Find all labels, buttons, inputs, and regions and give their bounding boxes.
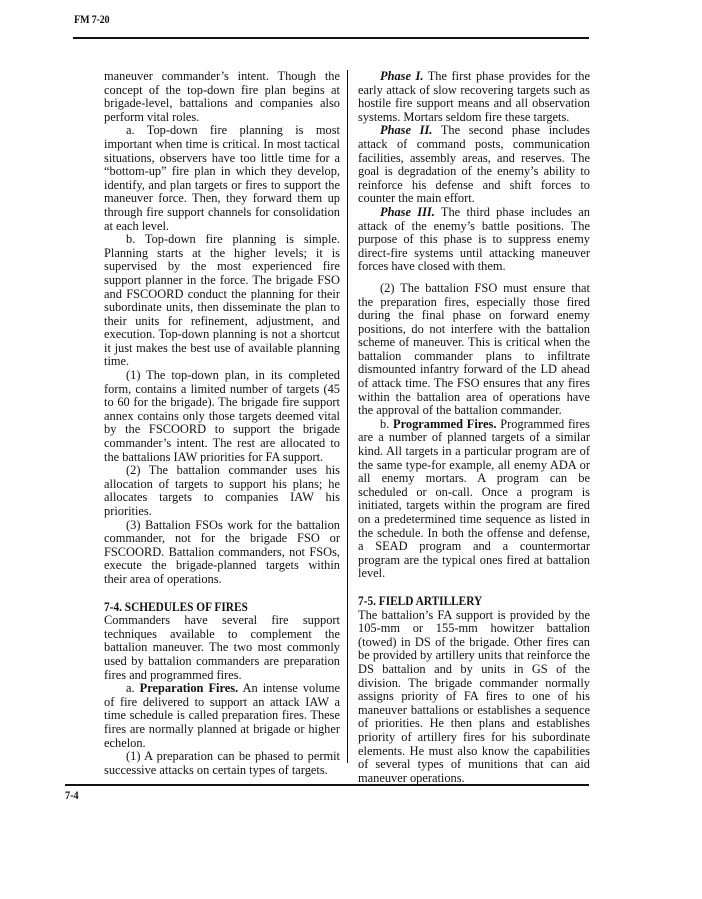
paragraph-top-down-2: (2) The battalion commander uses his all… (104, 464, 340, 518)
paragraph-phase-1: Phase I. The first phase provides for th… (358, 70, 590, 124)
paragraph-phase-2: Phase II. The second phase includes atta… (358, 124, 590, 206)
section-heading-7-4: 7-4. SCHEDULES OF FIRES (104, 601, 316, 615)
phase-3-label: Phase III. (380, 205, 435, 219)
paragraph-preparation-1: (1) A preparation can be phased to permi… (104, 750, 340, 777)
paragraph-top-down-a: a. Top-down fire planning is most import… (104, 124, 340, 233)
manual-id-header: FM 7-20 (74, 12, 109, 27)
paragraph-top-down-3: (3) Battalion FSOs work for the battalio… (104, 519, 340, 587)
paragraph-top-down-b: b. Top-down fire planning is simple. Pla… (104, 233, 340, 369)
phase-2-label: Phase II. (380, 123, 432, 137)
header-rule (73, 37, 589, 39)
paragraph-fso-ensure: (2) The battalion FSO must ensure that t… (358, 282, 590, 418)
paragraph-intent-continuation: maneuver commander’s intent. Though the … (104, 70, 340, 124)
term-programmed-fires: Programmed Fires. (393, 417, 496, 431)
left-column: maneuver commander’s intent. Though the … (104, 70, 340, 777)
paragraph-field-artillery: The battalion’s FA support is provided b… (358, 609, 590, 786)
column-divider (347, 70, 348, 763)
page-number: 7-4 (65, 788, 79, 803)
paragraph-programmed-fires: b. Programmed Fires. Programmed fires ar… (358, 418, 590, 581)
programmed-fires-text: Programmed fires are a number of planned… (358, 417, 590, 581)
item-prefix: b. (380, 417, 393, 431)
right-column: Phase I. The first phase provides for th… (358, 70, 590, 785)
section-heading-7-5: 7-5. FIELD ARTILLERY (358, 595, 567, 609)
item-prefix: a. (126, 681, 140, 695)
footer-rule (65, 784, 589, 786)
term-preparation-fires: Preparation Fires. (140, 681, 239, 695)
paragraph-top-down-1: (1) The top-down plan, in its completed … (104, 369, 340, 464)
paragraph-preparation-fires: a. Preparation Fires. An intense volume … (104, 682, 340, 750)
paragraph-schedules-intro: Commanders have several fire support tec… (104, 614, 340, 682)
paragraph-phase-3: Phase III. The third phase includes an a… (358, 206, 590, 274)
phase-1-label: Phase I. (380, 69, 423, 83)
